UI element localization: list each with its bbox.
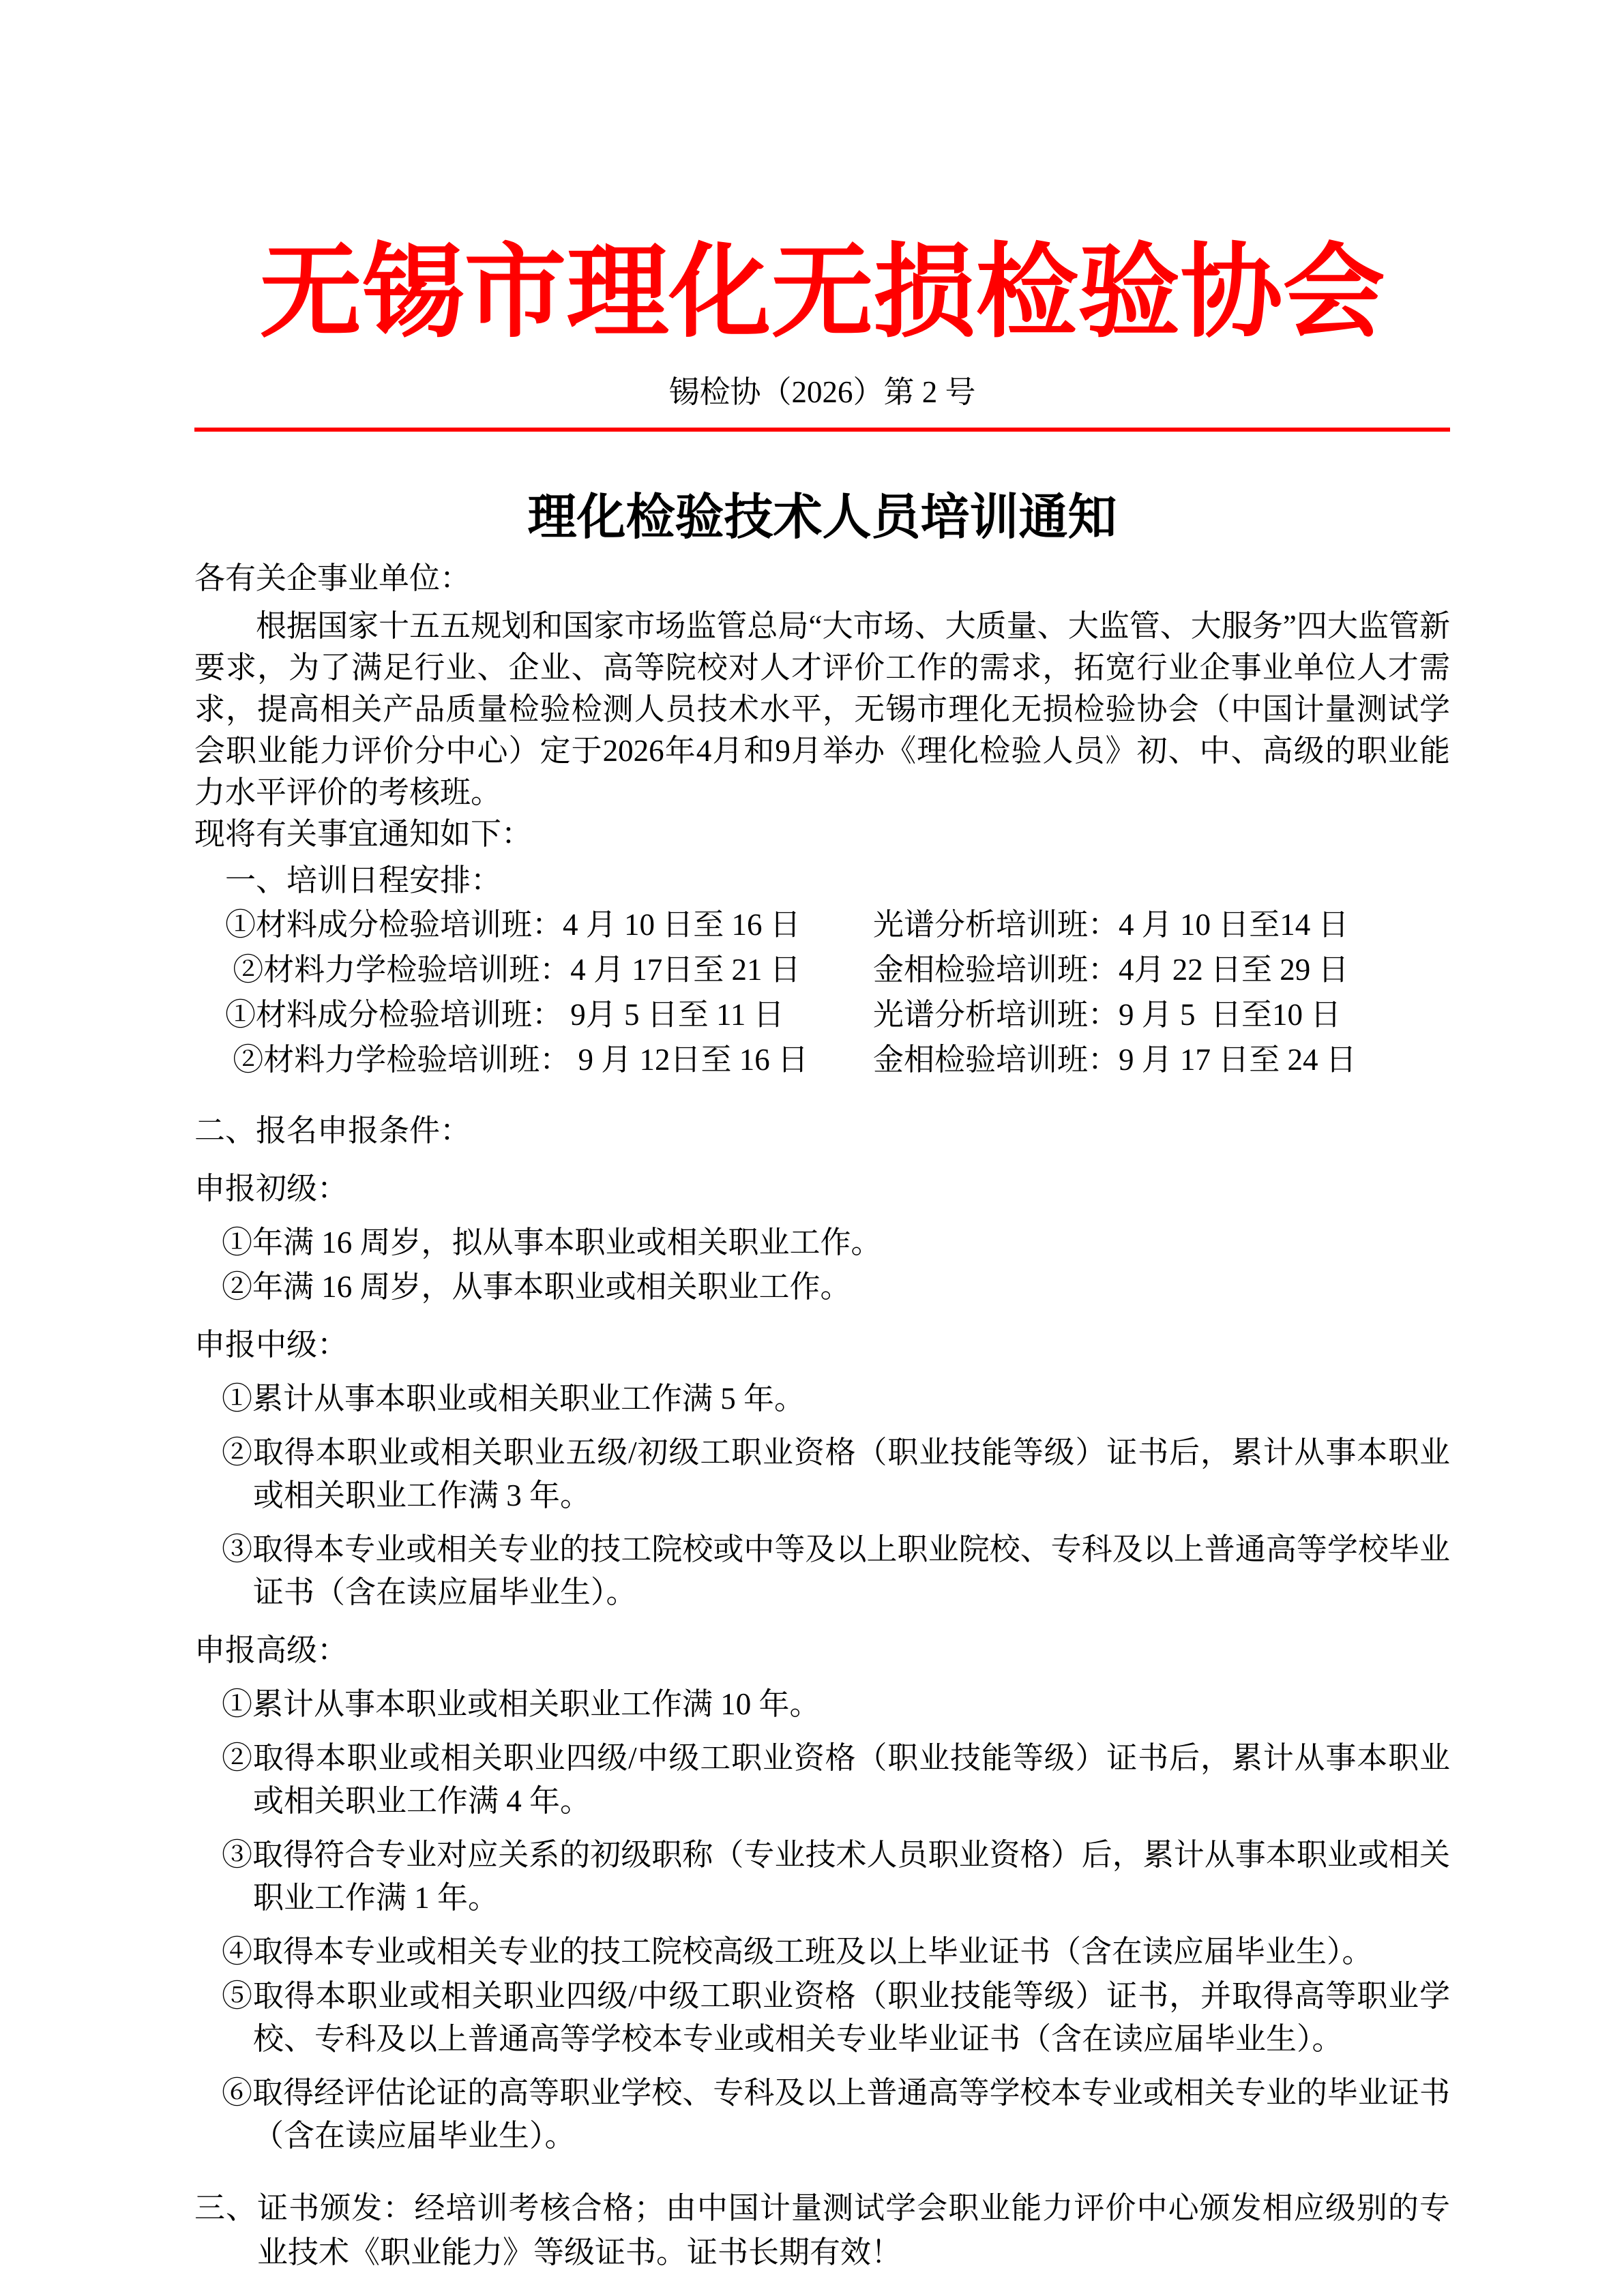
- intermediate-level-subheading: 申报中级：: [194, 1324, 1450, 1367]
- schedule-right-cell: 金相检验培训班：9 月 17 日至 24 日: [873, 1037, 1450, 1082]
- condition-item: ⑥取得经评估论证的高等职业学校、专科及以上普通高等学校本专业或相关专业的毕业证书…: [222, 2072, 1450, 2158]
- condition-item: ①累计从事本职业或相关职业工作满 10 年。: [222, 1683, 1450, 1726]
- schedule-left-cell: ①材料成分检验培训班： 9月 5 日至 11 日: [225, 992, 873, 1037]
- condition-item: ④取得本专业或相关专业的技工院校高级工班及以上毕业证书（含在读应届毕业生）。: [222, 1930, 1450, 1973]
- condition-item: ②取得本职业或相关职业五级/初级工职业资格（职业技能等级）证书后，累计从事本职业…: [222, 1431, 1450, 1517]
- intro-paragraph: 根据国家十五五规划和国家市场监管总局“大市场、大质量、大监管、大服务”四大监管新…: [194, 606, 1450, 814]
- schedule-section-heading: 一、培训日程安排：: [225, 859, 1450, 902]
- schedule-right-cell: 光谱分析培训班：9 月 5 日至10 日: [873, 992, 1450, 1037]
- condition-item: ③取得本专业或相关专业的技工院校或中等及以上职业院校、专科及以上普通高等学校毕业…: [222, 1528, 1450, 1614]
- letterhead: 无锡市理化无损检验协会 锡检协（2026）第 2 号: [194, 240, 1450, 432]
- schedule-row: ①材料成分检验培训班：4 月 10 日至 16 日 光谱分析培训班：4 月 10…: [225, 902, 1450, 947]
- organization-name: 无锡市理化无损检验协会: [194, 240, 1450, 346]
- schedule-row: ②材料力学检验培训班：4 月 17日至 21 日 金相检验培训班：4月 22 日…: [225, 947, 1450, 992]
- schedule-left-cell: ②材料力学检验培训班：4 月 17日至 21 日: [225, 947, 873, 992]
- schedule-row: ②材料力学检验培训班： 9 月 12日至 16 日 金相检验培训班：9 月 17…: [225, 1037, 1450, 1082]
- conditions-section: 二、报名申报条件： 申报初级： ①年满 16 周岁，拟从事本职业或相关职业工作。…: [194, 1109, 1450, 2158]
- notice-document-page: 无锡市理化无损检验协会 锡检协（2026）第 2 号 理化检验技术人员培训通知 …: [0, 0, 1624, 2296]
- condition-item: ①年满 16 周岁，拟从事本职业或相关职业工作。: [222, 1221, 1450, 1264]
- senior-level-subheading: 申报高级：: [194, 1629, 1450, 1672]
- condition-item: ⑤取得本职业或相关职业四级/中级工职业资格（职业技能等级）证书，并取得高等职业学…: [222, 1975, 1450, 2061]
- intermediate-level-subsection: 申报中级： ①累计从事本职业或相关职业工作满 5 年。 ②取得本职业或相关职业五…: [194, 1324, 1450, 1614]
- notice-title: 理化检验技术人员培训通知: [194, 485, 1450, 550]
- schedule-right-cell: 光谱分析培训班：4 月 10 日至14 日: [873, 902, 1450, 947]
- salutation: 各有关企事业单位：: [194, 557, 1450, 600]
- condition-item: ②年满 16 周岁，从事本职业或相关职业工作。: [222, 1266, 1450, 1309]
- senior-level-subsection: 申报高级： ①累计从事本职业或相关职业工作满 10 年。 ②取得本职业或相关职业…: [194, 1629, 1450, 2158]
- schedule-left-cell: ②材料力学检验培训班： 9 月 12日至 16 日: [225, 1037, 873, 1082]
- junior-level-subheading: 申报初级：: [194, 1167, 1450, 1210]
- schedule-section: 一、培训日程安排： ①材料成分检验培训班：4 月 10 日至 16 日 光谱分析…: [194, 859, 1450, 1082]
- schedule-row: ①材料成分检验培训班： 9月 5 日至 11 日 光谱分析培训班：9 月 5 日…: [225, 992, 1450, 1037]
- junior-level-subsection: 申报初级： ①年满 16 周岁，拟从事本职业或相关职业工作。 ②年满 16 周岁…: [194, 1167, 1450, 1309]
- red-divider-rule: [194, 428, 1450, 432]
- condition-item: ③取得符合专业对应关系的初级职称（专业技术人员职业资格）后，累计从事本职业或相关…: [222, 1834, 1450, 1920]
- schedule-right-cell: 金相检验培训班：4月 22 日至 29 日: [873, 947, 1450, 992]
- document-number: 锡检协（2026）第 2 号: [194, 371, 1450, 414]
- condition-item: ①累计从事本职业或相关职业工作满 5 年。: [222, 1377, 1450, 1420]
- schedule-left-cell: ①材料成分检验培训班：4 月 10 日至 16 日: [225, 902, 873, 947]
- intro-closing-line: 现将有关事宜通知如下：: [194, 814, 1450, 855]
- certificate-section-paragraph: 三、证书颁发：经培训考核合格；由中国计量测试学会职业能力评价中心颁发相应级别的专…: [194, 2186, 1450, 2275]
- condition-item: ②取得本职业或相关职业四级/中级工职业资格（职业技能等级）证书后，累计从事本职业…: [222, 1737, 1450, 1823]
- conditions-section-heading: 二、报名申报条件：: [194, 1109, 1450, 1152]
